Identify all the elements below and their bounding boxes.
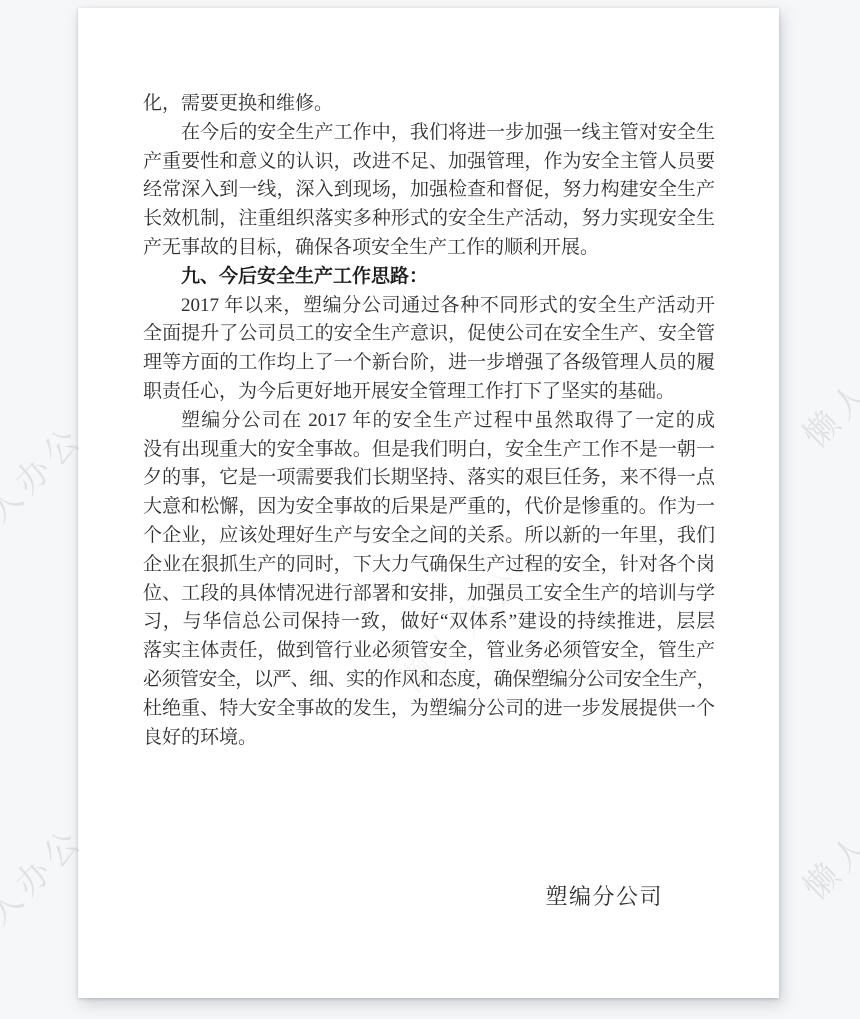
watermark-text: 懒人办公 [790, 309, 860, 457]
text-line: 2017 年以来，塑编分公司通过各种不同形式的安全生产活动开展， [143, 292, 715, 321]
text-line: 长效机制，注重组织落实多种形式的安全生产活动，努力实现安全生 [143, 205, 715, 234]
watermark-text: 懒人办公 [790, 761, 860, 909]
text-line: 产无事故的目标，确保各项安全生产工作的顺利开展。 [143, 234, 715, 263]
document-body: 化，需要更换和维修。 在今后的安全生产工作中，我们将进一步加强一线主管对安全生 … [78, 8, 779, 911]
text-line: 夕的事，它是一项需要我们长期坚持、落实的艰巨任务，来不得一点 [143, 464, 715, 493]
text-line: 企业在狠抓生产的同时，下大力气确保生产过程的安全，针对各个岗 [143, 551, 715, 580]
text-line: 没有出现重大的安全事故。但是我们明白，安全生产工作不是一朝一 [143, 436, 715, 465]
text-line: 全面提升了公司员工的安全生产意识，促使公司在安全生产、安全管 [143, 320, 715, 349]
screenshot-canvas: 懒人办公 懒人办公 懒人办公 懒人办公 懒人办公 化，需要更换和维修。 在今后的… [0, 0, 860, 1019]
text-line: 塑编分公司在 2017 年的安全生产过程中虽然取得了一定的成绩， [143, 407, 715, 436]
text-line: 在今后的安全生产工作中，我们将进一步加强一线主管对安全生 [143, 119, 715, 148]
text-line: 落实主体责任，做到管行业必须管安全，管业务必须管安全，管生产 [143, 637, 715, 666]
text-line: 职责任心，为今后更好地开展安全管理工作打下了坚实的基础。 [143, 378, 715, 407]
text-line: 良好的环境。 [143, 724, 715, 753]
section-heading: 九、今后安全生产工作思路： [143, 263, 715, 292]
text-line: 化，需要更换和维修。 [143, 90, 715, 119]
text-line: 大意和松懈，因为安全事故的后果是严重的，代价是惨重的。作为一 [143, 493, 715, 522]
text-line: 产重要性和意义的认识，改进不足、加强管理，作为安全主管人员要 [143, 148, 715, 177]
text-line: 理等方面的工作均上了一个新台阶，进一步增强了各级管理人员的履 [143, 349, 715, 378]
text-line: 经常深入到一线，深入到现场，加强检查和督促，努力构建安全生产 [143, 176, 715, 205]
document-page: 化，需要更换和维修。 在今后的安全生产工作中，我们将进一步加强一线主管对安全生 … [78, 8, 779, 998]
text-line: 位、工段的具体情况进行部署和安排，加强员工安全生产的培训与学 [143, 580, 715, 609]
text-line: 个企业，应该处理好生产与安全之间的关系。所以新的一年里，我们 [143, 522, 715, 551]
text-line: 杜绝重、特大安全事故的发生，为塑编分公司的进一步发展提供一个 [143, 695, 715, 724]
text-line: 必须管安全，以严、细、实的作风和态度，确保塑编分公司安全生产， [143, 666, 715, 695]
text-line: 习，与华信总公司保持一致，做好“双体系”建设的持续推进，层层 [143, 608, 715, 637]
signature: 塑编分公司 [143, 880, 663, 911]
